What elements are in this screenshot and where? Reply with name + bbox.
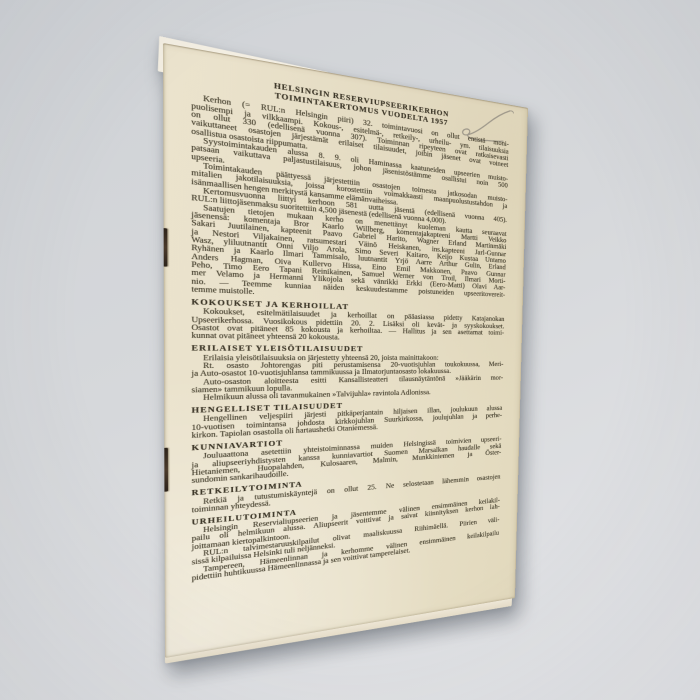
booklet: HELSINGIN RESERVIUPSEERIKERHON TOIMINTAK… (163, 43, 528, 658)
section-heading: ERILAISET YLEISÖTILAISUUDET (191, 345, 503, 354)
document-body: Kerhon (= RUL:n Helsingin piiri) 32. toi… (191, 93, 509, 583)
document-page: HELSINGIN RESERVIUPSEERIKERHON TOIMINTAK… (163, 43, 528, 658)
document-section: KOKOUKSET JA KERHOILLATKokoukset, esitel… (191, 298, 504, 343)
page-content: HELSINGIN RESERVIUPSEERIKERHON TOIMINTAK… (163, 43, 528, 658)
document-section: ERILAISET YLEISÖTILAISUUDETErilaisia yle… (191, 345, 503, 403)
photo-background: HELSINGIN RESERVIUPSEERIKERHON TOIMINTAK… (0, 0, 700, 700)
booklet-shadow: HELSINGIN RESERVIUPSEERIKERHON TOIMINTAK… (0, 0, 700, 700)
